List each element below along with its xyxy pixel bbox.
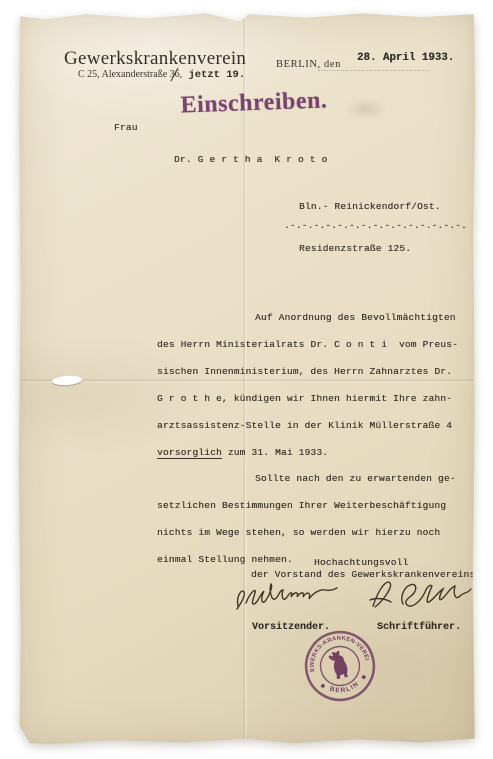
closing-salute: Hochachtungsvoll	[314, 557, 408, 569]
seal-diamond-left	[320, 683, 325, 688]
ink-smudge	[344, 98, 388, 120]
document-photo: Gewerkskrankenverein C 25, Alexanderstra…	[0, 0, 493, 759]
body-line: sischen Innenministerium, des Herrn Zahn…	[157, 366, 467, 393]
typed-date: 28. April 1933.	[357, 52, 454, 64]
body-paragraph-1: Auf Anordnung des Bevollmächtigten des H…	[157, 312, 467, 474]
body-paragraph-2: Sollte nach den zu erwartenden ge- setzl…	[157, 473, 467, 581]
recipient-street: Residenzstraße 125.	[299, 243, 411, 254]
struck-old-house-number: 36	[170, 69, 180, 80]
place-date-label: BERLIN, den	[276, 59, 341, 70]
berlin-bear-icon	[328, 650, 349, 680]
letterhead-org-name: Gewerkskrankenverein	[64, 48, 246, 70]
body-line: nichts im Wege stehen, so werden wir hie…	[157, 527, 467, 554]
top-edge-tear	[239, 12, 249, 19]
recipient-name: Dr. G e r t h a K r o t o	[174, 154, 327, 165]
body-line: Auf Anordnung des Bevollmächtigten	[157, 312, 467, 339]
body-line: arztsassistenz-Stelle in der Klinik Müll…	[157, 420, 467, 447]
termination-date-text: zum 31. Mai 1933.	[222, 447, 328, 458]
body-line: G r o t h e, kündigen wir Ihnen hiermit …	[157, 393, 467, 420]
recipient-district: Bln.- Reinickendorf/Ost.	[299, 201, 441, 212]
body-line: des Herrn Ministerialrats Dr. C o n t i …	[157, 339, 467, 366]
role-chairman: Vorsitzender.	[252, 622, 330, 633]
underlined-word: vorsorglich	[157, 447, 222, 458]
body-line: setzlichen Bestimmungen Ihrer Weiterbesc…	[157, 500, 467, 527]
letterhead-address: C 25, Alexanderstraße 36, jetzt 19.	[78, 69, 245, 81]
typed-address-correction: jetzt 19.	[182, 69, 245, 81]
signature-chairman	[230, 578, 348, 623]
paper-sheet: Gewerkskrankenverein C 25, Alexanderstra…	[18, 12, 476, 746]
date-rule	[318, 70, 430, 71]
address-divider: .-.-.-.-.-.-.-.-.-.-.-.-.-.-.-.	[284, 220, 467, 231]
registered-mail-stamp: Einschreiben.	[158, 87, 351, 121]
body-line-termination-date: vorsorglich zum 31. Mai 1933.	[157, 447, 467, 474]
organization-seal: · GEWERKS-KRANKEN-VEREIN · BERLIN	[297, 623, 382, 708]
seal-diamond-right	[361, 675, 366, 680]
role-secretary: Schriftführer.	[377, 622, 461, 633]
letter-paper: Gewerkskrankenverein C 25, Alexanderstra…	[18, 12, 476, 746]
recipient-salutation: Frau	[114, 122, 138, 133]
paper-hole	[52, 375, 83, 386]
body-line: Sollte nach den zu erwartenden ge-	[157, 473, 467, 500]
address-printed-part: C 25, Alexanderstraße	[78, 69, 170, 80]
signature-secretary	[363, 574, 475, 625]
